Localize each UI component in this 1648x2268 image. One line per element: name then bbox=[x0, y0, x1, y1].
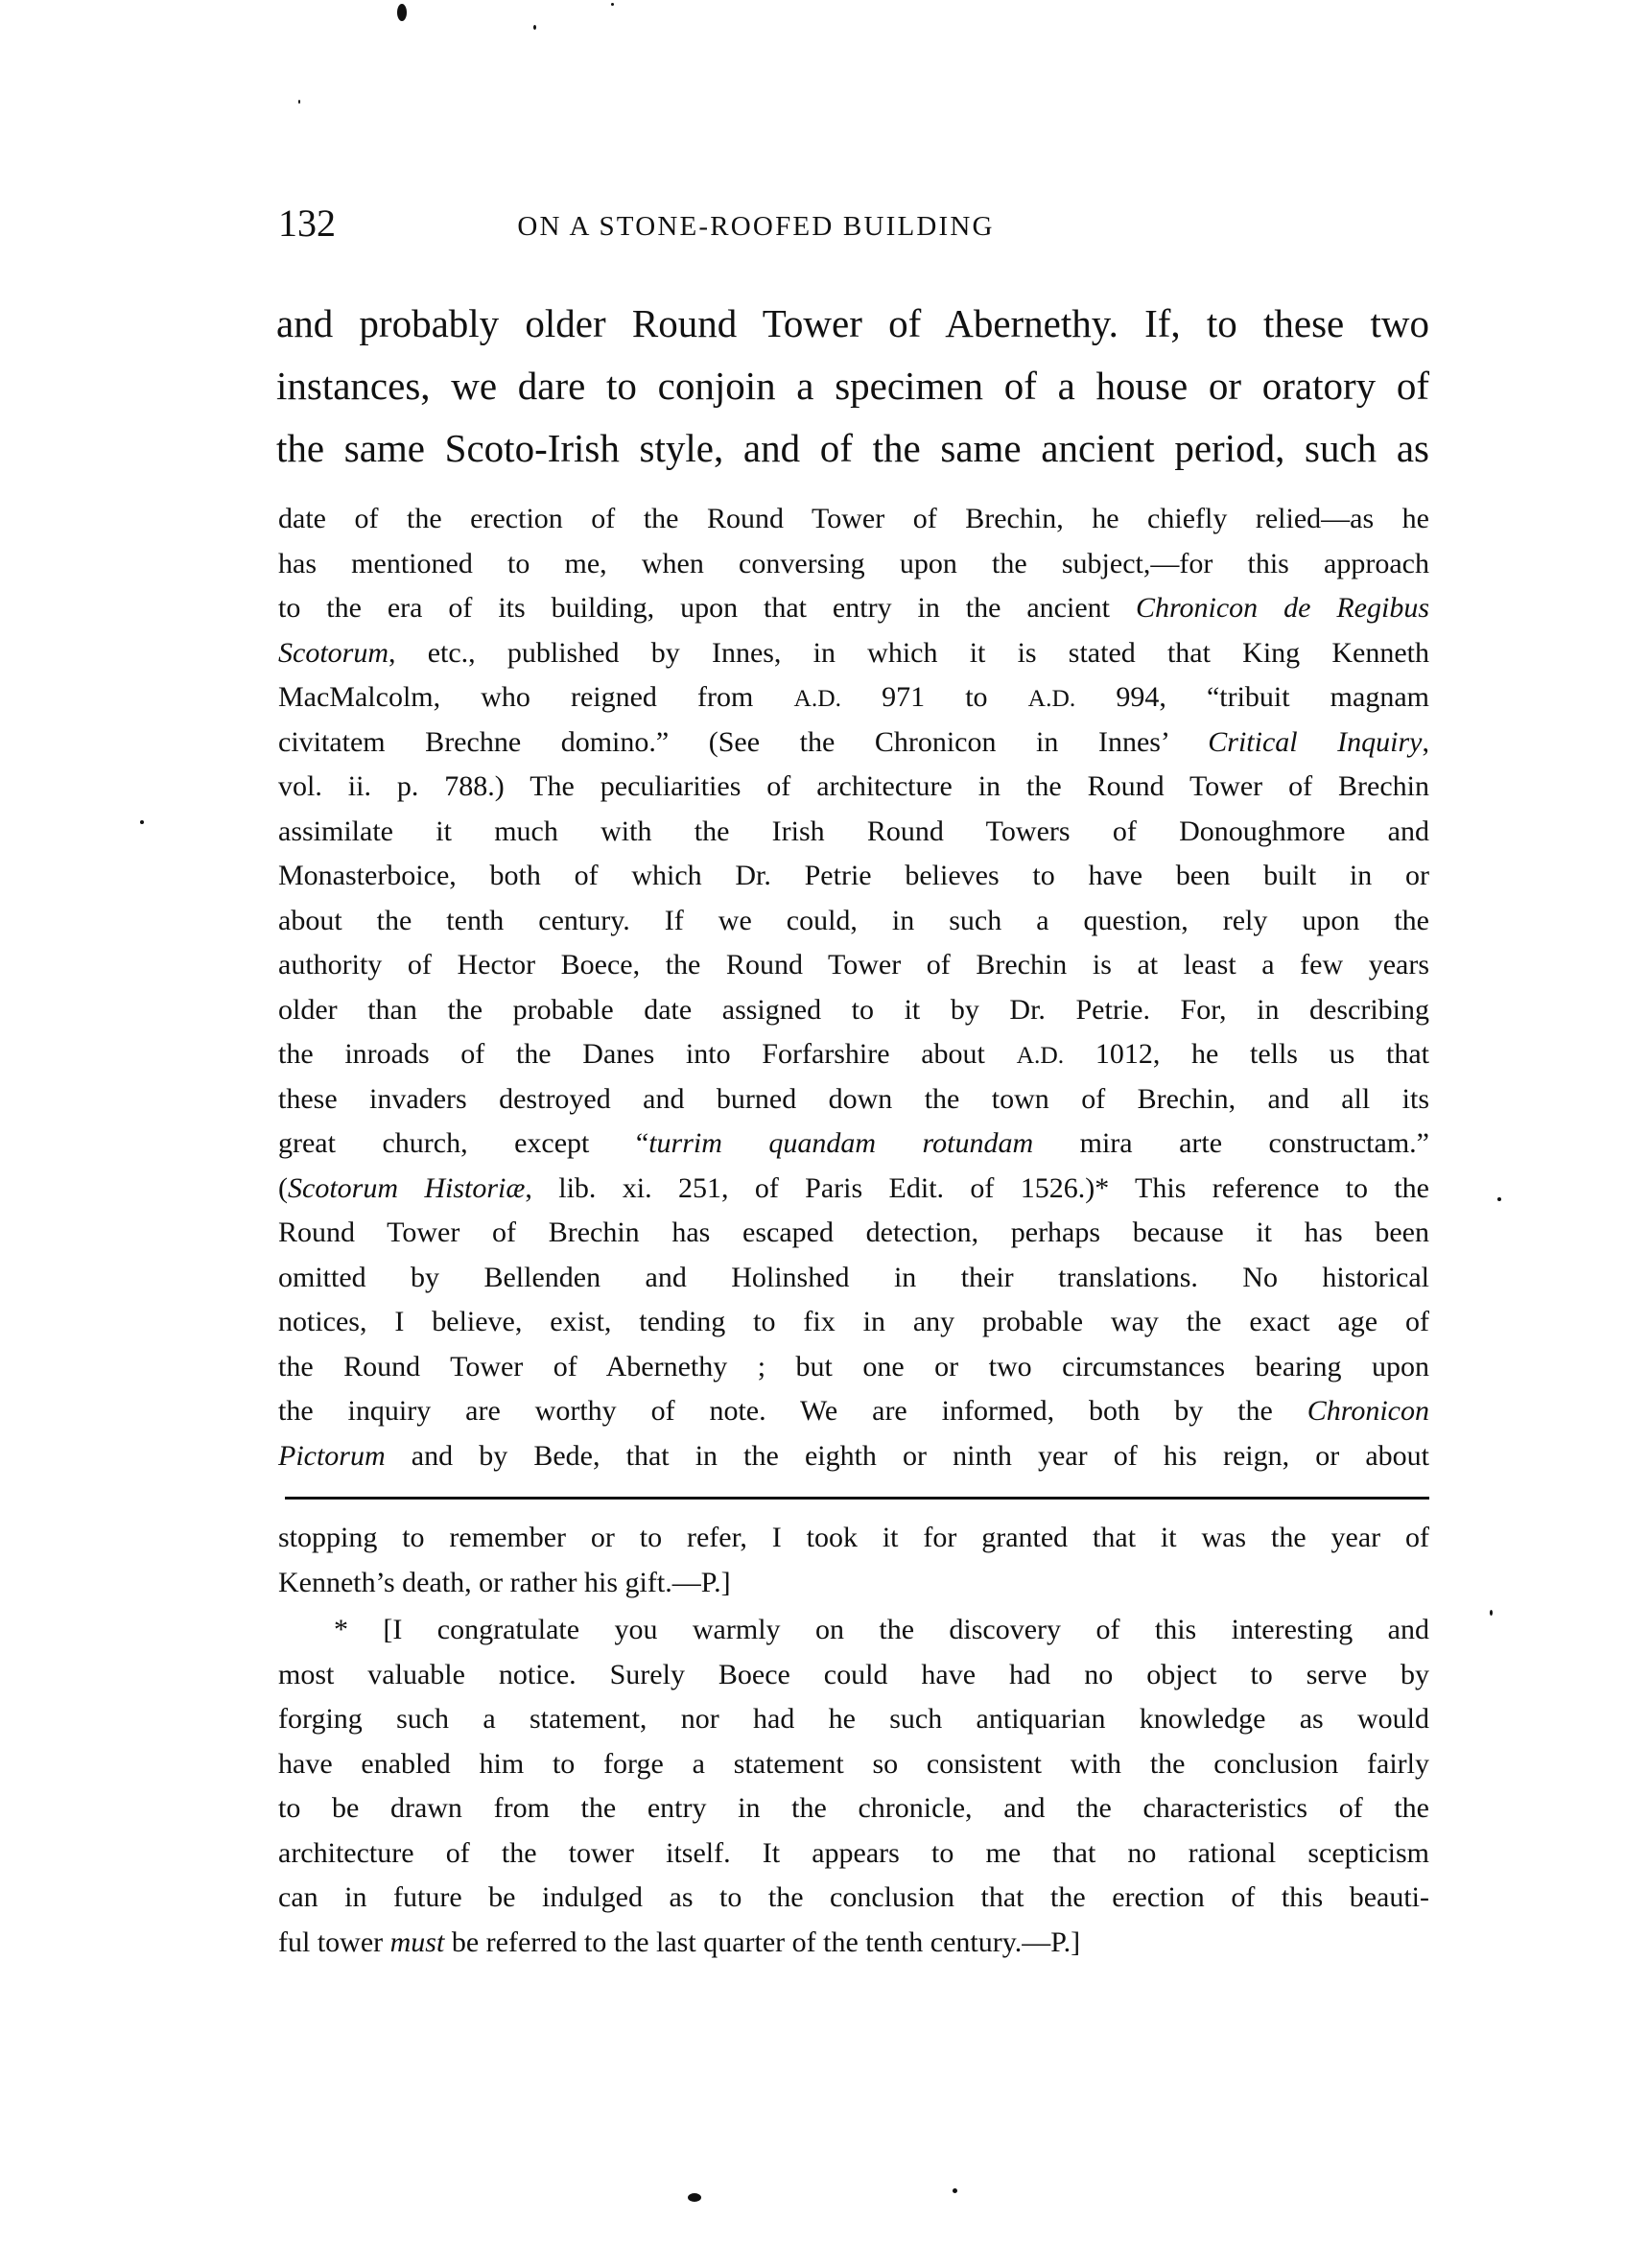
main-text-block: and probably older Round Tower of Aberne… bbox=[276, 293, 1429, 480]
text-run: MacMalcolm, who reigned from bbox=[278, 681, 793, 713]
footnote-line: Monasterboice, both of which Dr. Petrie … bbox=[278, 854, 1429, 899]
footnote-line: vol. ii. p. 788.) The peculiarities of a… bbox=[278, 765, 1429, 810]
footnote-line: civitatem Brechne domino.” (See the Chro… bbox=[278, 721, 1429, 766]
main-text-line: instances, we dare to conjoin a specimen… bbox=[276, 355, 1429, 417]
italic-text: must bbox=[390, 1926, 445, 1958]
scan-speck bbox=[1490, 1610, 1493, 1616]
text-run: notices, I believe, exist, tending to fi… bbox=[278, 1306, 1429, 1337]
footnote-line: have enabled him to forge a statement so… bbox=[278, 1742, 1429, 1787]
scan-speck bbox=[1497, 1197, 1501, 1201]
small-caps-text: A.D. bbox=[793, 684, 841, 712]
text-run: forging such a statement, nor had he suc… bbox=[278, 1703, 1429, 1735]
text-run: has mentioned to me, when conversing upo… bbox=[278, 548, 1429, 579]
footnote-line: to the era of its building, upon that en… bbox=[278, 586, 1429, 631]
text-run: ( bbox=[278, 1172, 288, 1204]
text-run: great church, except “ bbox=[278, 1127, 648, 1159]
footnote-line: notices, I believe, exist, tending to fi… bbox=[278, 1300, 1429, 1345]
italic-text: Critical Inquiry bbox=[1208, 726, 1422, 758]
text-run: these invaders destroyed and burned down… bbox=[278, 1083, 1429, 1115]
text-run: authority of Hector Boece, the Round Tow… bbox=[278, 949, 1429, 980]
scan-speck bbox=[140, 820, 144, 824]
footnote-rule bbox=[285, 1497, 1429, 1500]
running-head: 132 ON A STONE-ROOFED BUILDING bbox=[276, 200, 1429, 248]
footnote-line: older than the probable date assigned to… bbox=[278, 988, 1429, 1033]
footnote-line: (Scotorum Historiæ, lib. xi. 251, of Par… bbox=[278, 1167, 1429, 1212]
footnote-line: to be drawn from the entry in the chroni… bbox=[278, 1786, 1429, 1831]
text-run: have enabled him to forge a statement so… bbox=[278, 1748, 1429, 1780]
text-run: civitatem Brechne domino.” (See the Chro… bbox=[278, 726, 1208, 758]
text-run: the Round Tower of Abernethy ; but one o… bbox=[278, 1351, 1429, 1382]
footnote-line: about the tenth century. If we could, in… bbox=[278, 899, 1429, 944]
italic-text: Chronicon bbox=[1307, 1395, 1429, 1427]
text-run: Round Tower of Brechin has escaped detec… bbox=[278, 1217, 1429, 1248]
italic-text: Pictorum bbox=[278, 1440, 386, 1472]
footnote-line: ful tower must be referred to the last q… bbox=[278, 1921, 1429, 1966]
text-run: , etc., published by Innes, in which it … bbox=[388, 637, 1429, 669]
footnote-line: date of the erection of the Round Tower … bbox=[278, 497, 1429, 542]
text-run: most valuable notice. Surely Boece could… bbox=[278, 1659, 1429, 1690]
text-run: to be drawn from the entry in the chroni… bbox=[278, 1792, 1429, 1824]
text-run: 994, “tribuit magnam bbox=[1075, 681, 1429, 713]
text-run: the inquiry are worthy of note. We are i… bbox=[278, 1395, 1307, 1427]
footnote-line: can in future be indulged as to the conc… bbox=[278, 1876, 1429, 1921]
footnote-line: most valuable notice. Surely Boece could… bbox=[278, 1653, 1429, 1698]
footnote-line: authority of Hector Boece, the Round Tow… bbox=[278, 943, 1429, 988]
footnote-line: * [I congratulate you warmly on the disc… bbox=[278, 1608, 1429, 1653]
text-run: , lib. xi. 251, of Paris Edit. of 1526.)… bbox=[525, 1172, 1429, 1204]
text-run: older than the probable date assigned to… bbox=[278, 994, 1429, 1026]
footnote-line: Round Tower of Brechin has escaped detec… bbox=[278, 1211, 1429, 1256]
footnote-line: great church, except “turrim quandam rot… bbox=[278, 1122, 1429, 1167]
scan-speck bbox=[953, 2188, 957, 2193]
footnote-line: has mentioned to me, when conversing upo… bbox=[278, 542, 1429, 587]
scanned-book-page: 132 ON A STONE-ROOFED BUILDING and proba… bbox=[0, 0, 1648, 2268]
bottom-footnotes: stopping to remember or to refer, I took… bbox=[278, 1516, 1429, 1965]
footnote-line: the Round Tower of Abernethy ; but one o… bbox=[278, 1345, 1429, 1390]
text-run: can in future be indulged as to the conc… bbox=[278, 1881, 1429, 1913]
footnote-line: the inquiry are worthy of note. We are i… bbox=[278, 1389, 1429, 1434]
footnote-line: stopping to remember or to refer, I took… bbox=[278, 1516, 1429, 1561]
text-run: be referred to the last quarter of the t… bbox=[444, 1926, 1080, 1958]
text-run: ful tower bbox=[278, 1926, 390, 1958]
scan-speck bbox=[397, 4, 407, 21]
page-number: 132 bbox=[278, 200, 336, 248]
text-run: and by Bede, that in the eighth or ninth… bbox=[386, 1440, 1429, 1472]
text-run: mira arte constructam.” bbox=[1033, 1127, 1429, 1159]
footnote-line: Scotorum, etc., published by Innes, in w… bbox=[278, 631, 1429, 676]
text-run: architecture of the tower itself. It app… bbox=[278, 1837, 1429, 1869]
text-run: vol. ii. p. 788.) The peculiarities of a… bbox=[278, 770, 1429, 802]
footnote-line: assimilate it much with the Irish Round … bbox=[278, 810, 1429, 855]
footnote-continued-block: date of the erection of the Round Tower … bbox=[278, 497, 1429, 1478]
text-run: 1012, he tells us that bbox=[1064, 1038, 1429, 1070]
main-text-line: and probably older Round Tower of Aberne… bbox=[276, 293, 1429, 355]
running-title: ON A STONE-ROOFED BUILDING bbox=[420, 205, 1092, 248]
footnote-line: MacMalcolm, who reigned from A.D. 971 to… bbox=[278, 675, 1429, 721]
text-run: the inroads of the Danes into Forfarshir… bbox=[278, 1038, 1017, 1070]
italic-text: Scotorum Historiæ bbox=[288, 1172, 525, 1204]
footnote-line: Pictorum and by Bede, that in the eighth… bbox=[278, 1434, 1429, 1479]
small-caps-text: A.D. bbox=[1017, 1041, 1065, 1069]
footnote-asterisk: * [I congratulate you warmly on the disc… bbox=[278, 1608, 1429, 1965]
footnote-line: Kenneth’s death, or rather his gift.—P.] bbox=[278, 1561, 1429, 1606]
italic-text: Chronicon de Regibus bbox=[1136, 592, 1429, 624]
footnote-line: these invaders destroyed and burned down… bbox=[278, 1077, 1429, 1122]
text-run: * [I congratulate you warmly on the disc… bbox=[334, 1614, 1429, 1645]
text-run: 971 to bbox=[841, 681, 1028, 713]
text-run: about the tenth century. If we could, in… bbox=[278, 905, 1429, 936]
footnote-line: architecture of the tower itself. It app… bbox=[278, 1831, 1429, 1877]
italic-text: Scotorum bbox=[278, 637, 388, 669]
main-text-line: the same Scoto-Irish style, and of the s… bbox=[276, 417, 1429, 480]
footnote-line: omitted by Bellenden and Holinshed in th… bbox=[278, 1256, 1429, 1301]
text-run: , bbox=[1423, 726, 1430, 758]
footnote-line: the inroads of the Danes into Forfarshir… bbox=[278, 1032, 1429, 1077]
text-run: assimilate it much with the Irish Round … bbox=[278, 815, 1429, 847]
scan-speck bbox=[688, 2193, 701, 2202]
small-caps-text: A.D. bbox=[1028, 684, 1076, 712]
text-run: to the era of its building, upon that en… bbox=[278, 592, 1136, 624]
text-run: omitted by Bellenden and Holinshed in th… bbox=[278, 1262, 1429, 1293]
scan-speck bbox=[298, 100, 300, 104]
italic-text: turrim quandam rotundam bbox=[648, 1127, 1033, 1159]
text-run: Monasterboice, both of which Dr. Petrie … bbox=[278, 860, 1429, 891]
text-run: date of the erection of the Round Tower … bbox=[278, 503, 1429, 534]
footnote-line: forging such a statement, nor had he suc… bbox=[278, 1697, 1429, 1742]
scan-speck bbox=[533, 25, 536, 30]
scan-speck bbox=[611, 3, 614, 6]
